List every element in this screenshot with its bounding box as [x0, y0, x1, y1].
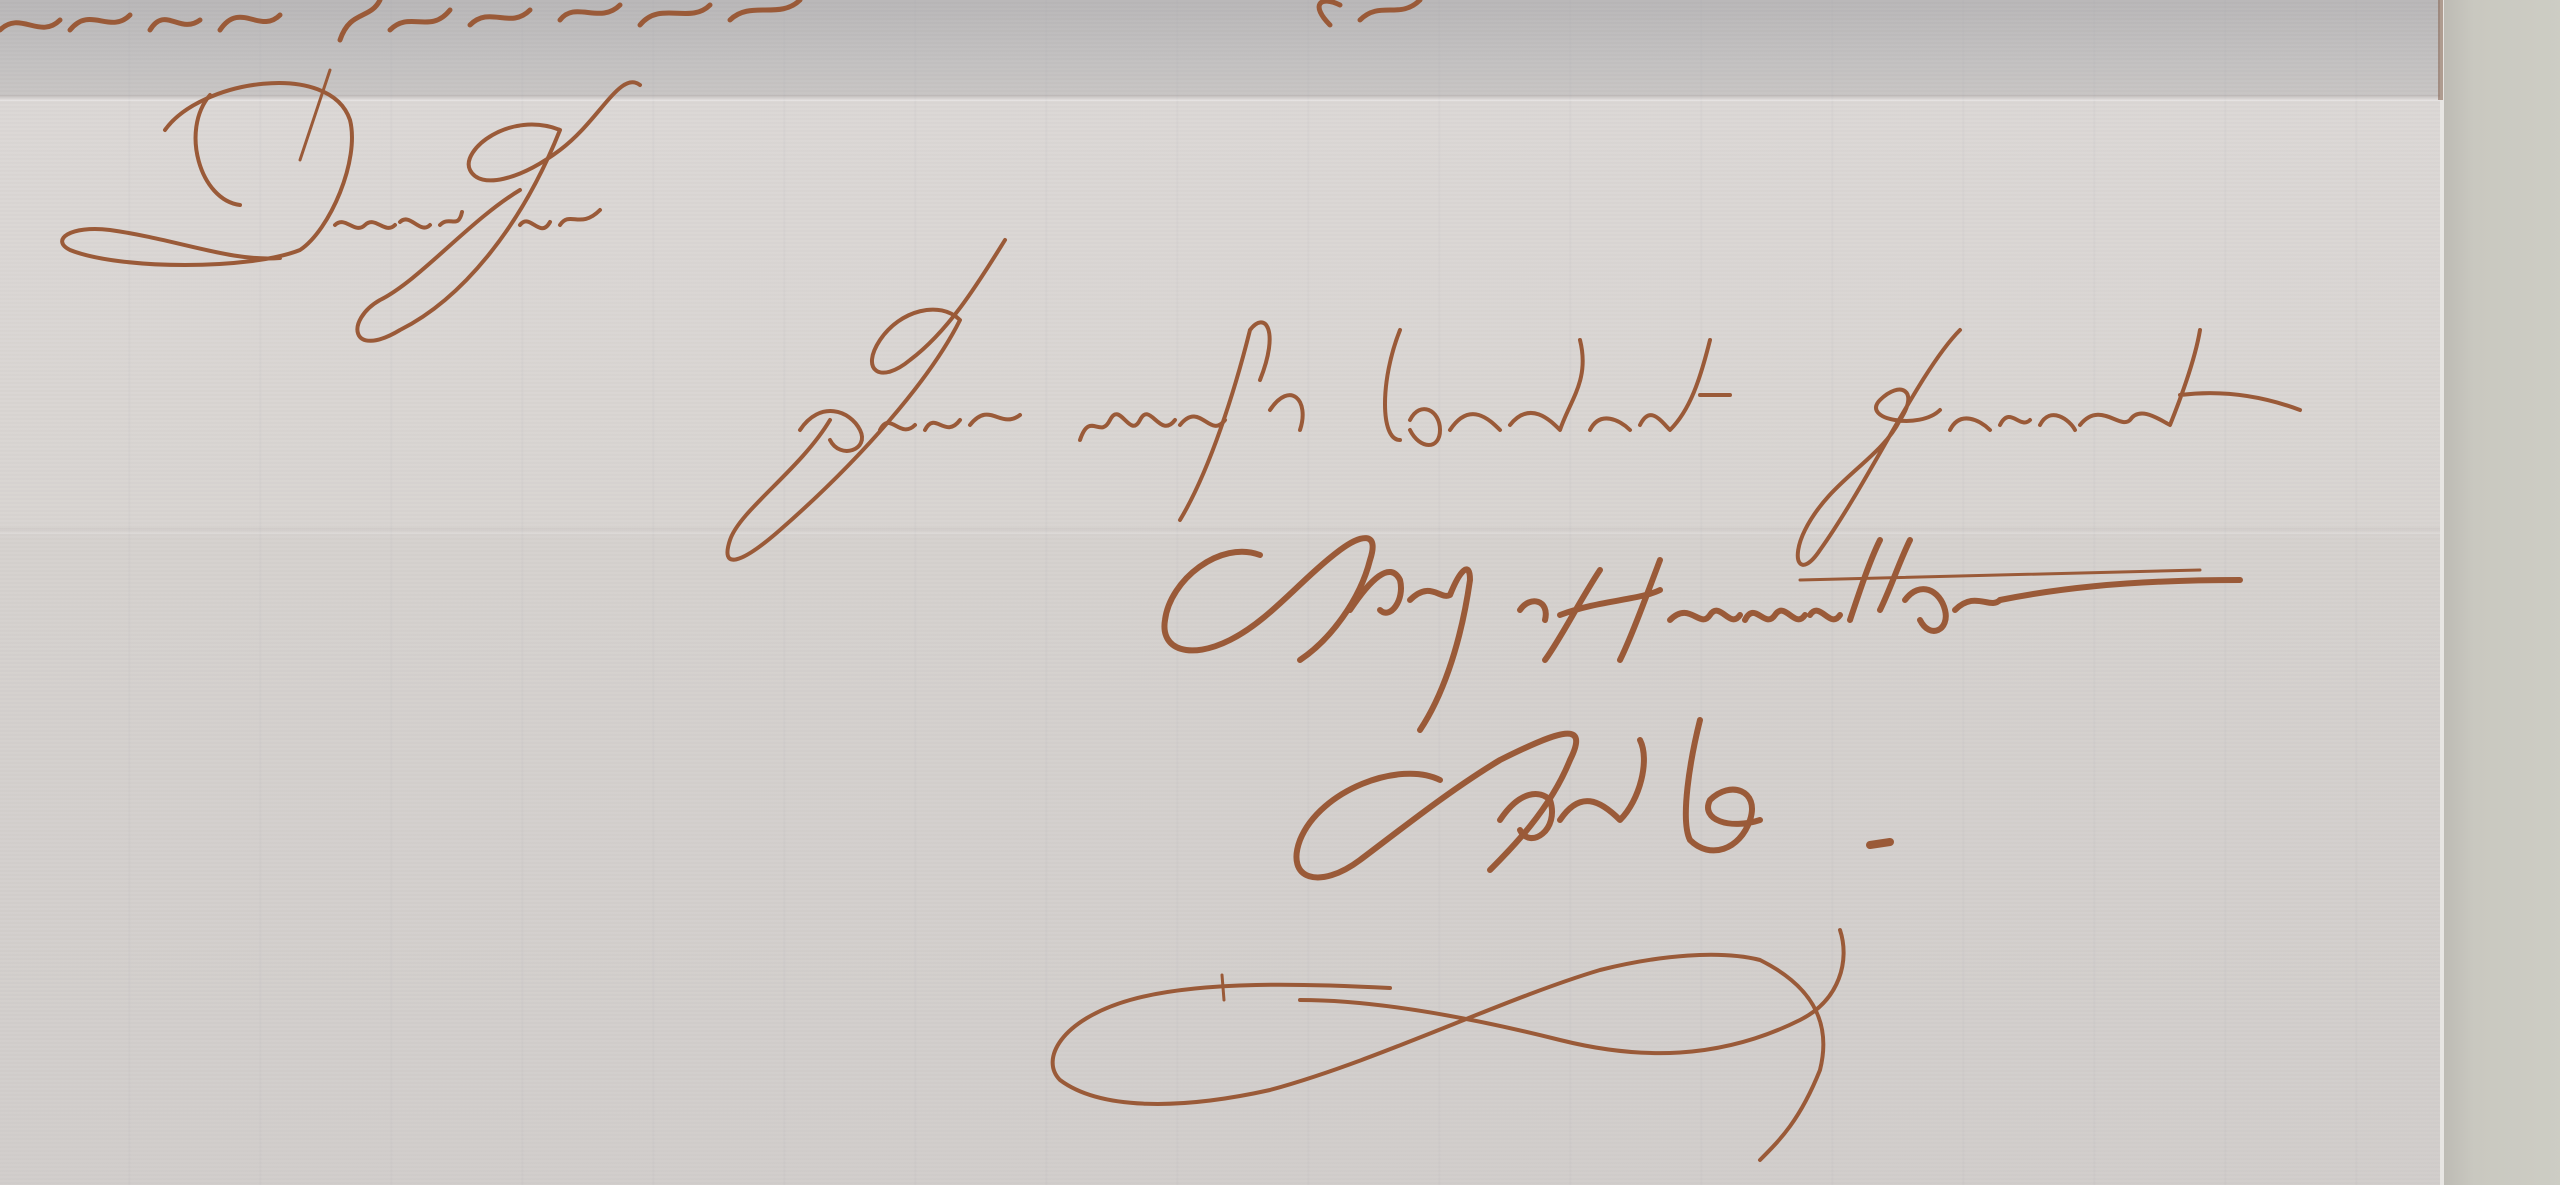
signature-script: [1164, 538, 2240, 730]
top-line-fragment: [0, 0, 1420, 160]
closing-script: [727, 240, 2300, 565]
signature-flourish: [1053, 930, 1844, 1160]
title-abbreviation-script: [1296, 720, 1890, 877]
salutation-script: [62, 82, 640, 341]
handwriting-ink: [0, 0, 2560, 1185]
